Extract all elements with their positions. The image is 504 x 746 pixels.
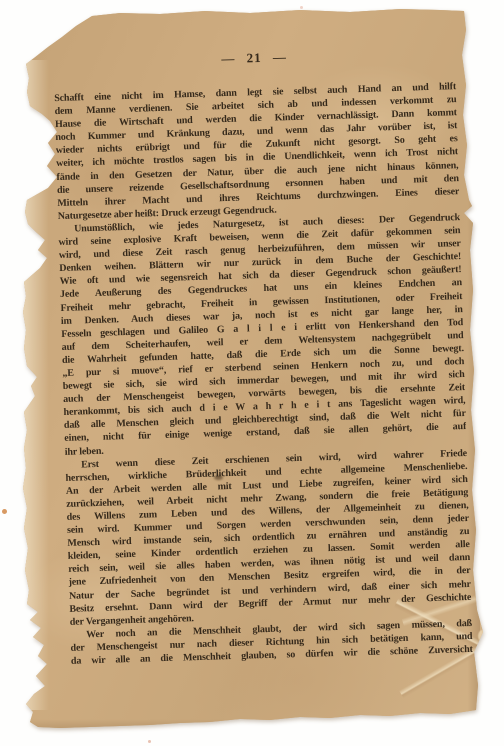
paragraph: Schafft eine nicht im Hamse, dann legt s… <box>54 80 460 223</box>
paragraph: Erst wenn diese Zeit erschienen sein wir… <box>65 447 472 629</box>
page-number: — 21 — <box>53 44 455 72</box>
paragraph: Unumstößlich, wie jedes Naturgesetz, ist… <box>58 211 467 459</box>
bottom-edge-shading <box>30 718 480 730</box>
text-block: Schafft eine nicht im Hamse, dann legt s… <box>54 80 473 668</box>
paper-shadow: — 21 — Schafft eine nicht im Hamse, dann… <box>0 0 504 746</box>
paper-sheet: — 21 — Schafft eine nicht im Hamse, dann… <box>0 0 504 746</box>
torn-edge-highlight <box>20 60 54 710</box>
torn-fleck <box>478 630 487 642</box>
scanned-page: — 21 — Schafft eine nicht im Hamse, dann… <box>0 0 504 746</box>
printed-text-area: — 21 — Schafft eine nicht im Hamse, dann… <box>53 44 473 668</box>
